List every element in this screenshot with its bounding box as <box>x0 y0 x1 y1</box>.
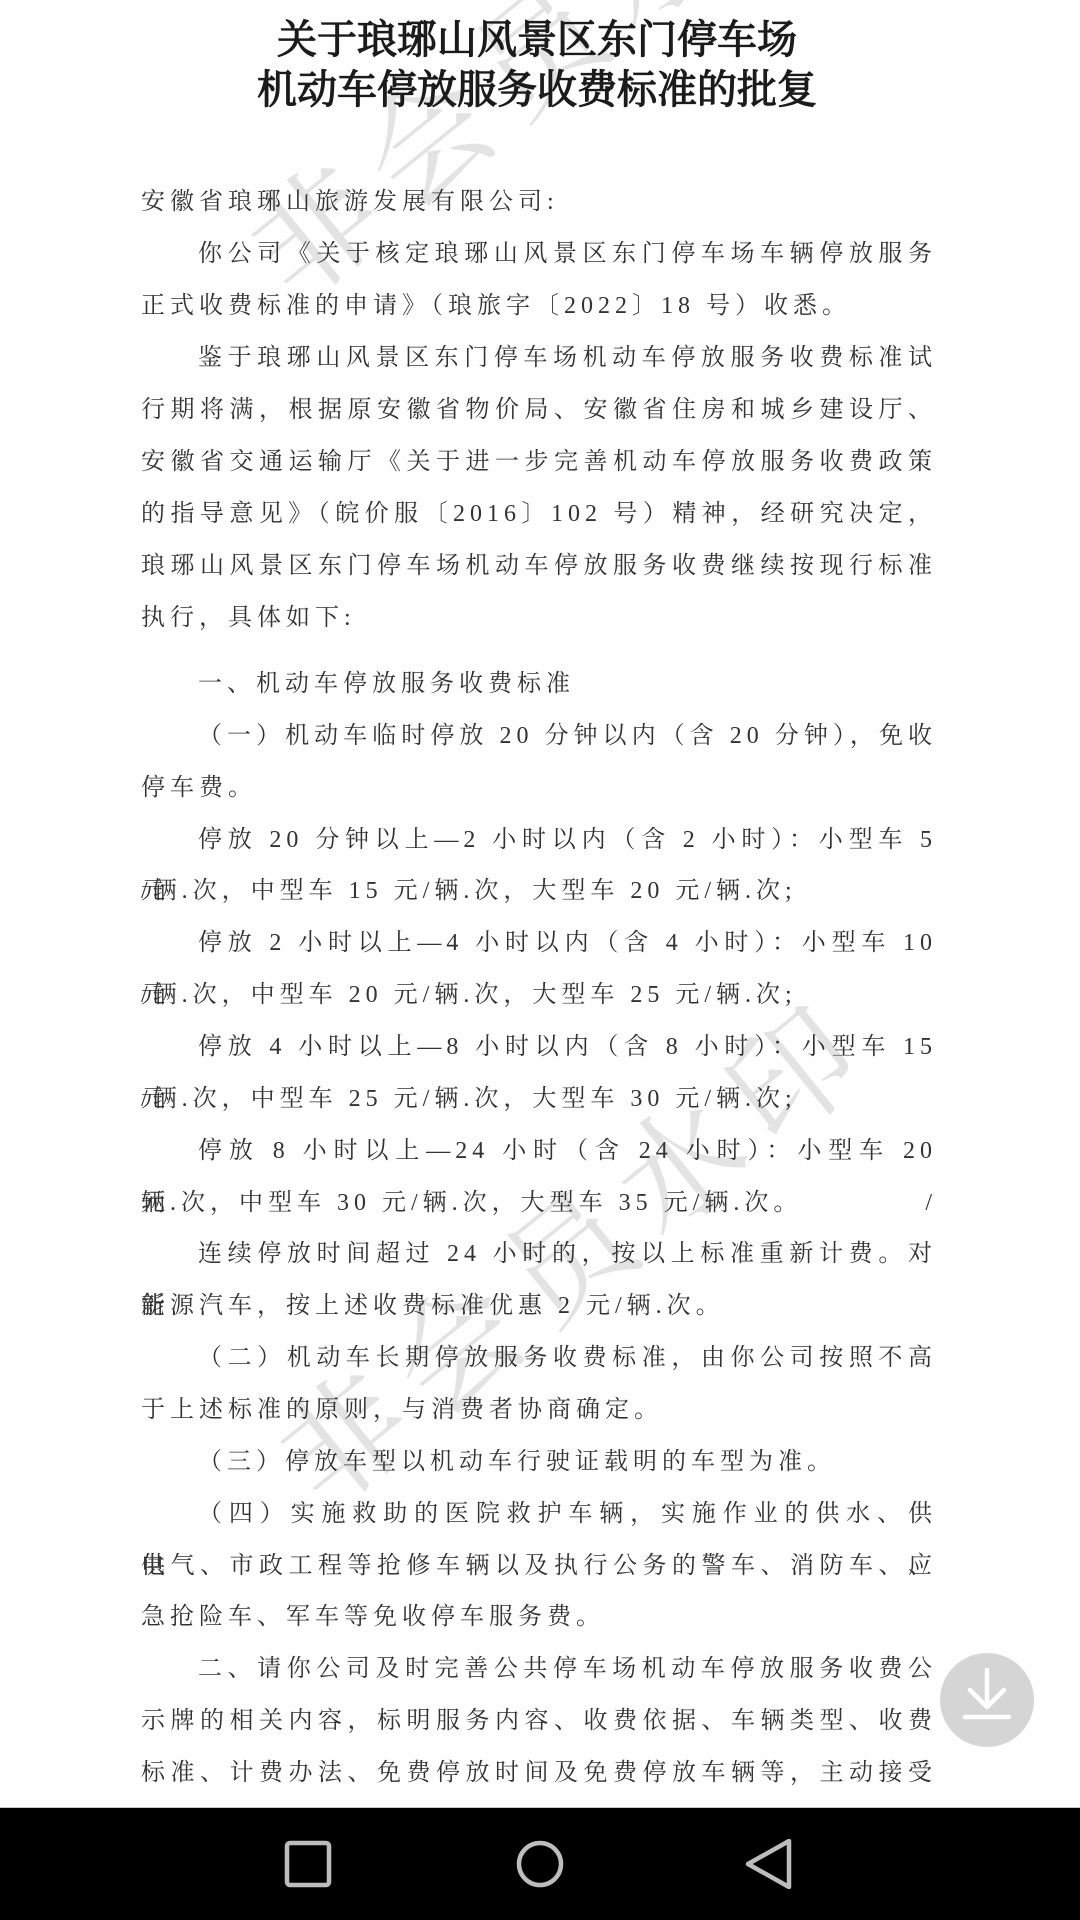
circle-icon <box>515 1839 565 1889</box>
body-line: 标准、计费办法、免费停放时间及免费停放车辆等，主动接受 <box>141 1748 937 1800</box>
body-line: 的指导意见》（皖价服〔2016〕102 号）精神，经研究决定， <box>141 488 937 540</box>
body-line: 执行，具体如下: <box>141 592 937 644</box>
body-line: 琅琊山风景区东门停车场机动车停放服务收费继续按现行标准 <box>141 540 937 592</box>
body-line: 能源汽车，按上述收费标准优惠 2 元/辆.次。 <box>141 1281 937 1333</box>
body-line: 供气、市政工程等抢修车辆以及执行公务的警车、消防车、应 <box>141 1541 937 1593</box>
document-title-line: 关于琅琊山风景区东门停车场 <box>0 15 1074 65</box>
document-body-intro: 安徽省琅琊山旅游发展有限公司: 你公司《关于核定琅琊山风景区东门停车场车辆停放服… <box>141 176 937 644</box>
body-line: 正式收费标准的申请》（琅旅字〔2022〕18 号）收悉。 <box>141 280 937 332</box>
square-icon <box>283 1839 333 1889</box>
body-line: /辆.次，中型车 25 元/辆.次，大型车 30 元/辆.次; <box>141 1074 937 1126</box>
body-line: （二）机动车长期停放服务收费标准，由你公司按照不高 <box>141 1333 937 1385</box>
system-nav-bar <box>0 1807 1080 1920</box>
section-heading: 二、请你公司及时完善公共停车场机动车停放服务收费公 <box>141 1644 937 1696</box>
body-line: 停放 2 小时以上—4 小时以内（含 4 小时）：小型车 10 元 <box>141 918 937 970</box>
download-button[interactable] <box>940 1653 1034 1747</box>
home-button[interactable] <box>515 1839 565 1889</box>
body-line: 停放 20 分钟以上—2 小时以内（含 2 小时）：小型车 5 元 <box>141 815 937 867</box>
body-line: （三）停放车型以机动车行驶证载明的车型为准。 <box>141 1437 937 1489</box>
recent-apps-button[interactable] <box>283 1839 333 1889</box>
document-body-standards: 一、机动车停放服务收费标准 （一）机动车临时停放 20 分钟以内（含 20 分钟… <box>141 659 937 1800</box>
body-line: 停放 8 小时以上—24 小时（含 24 小时）：小型车 20 元/ <box>141 1126 937 1178</box>
body-line: 鉴于琅琊山风景区东门停车场机动车停放服务收费标准试 <box>141 332 937 384</box>
document-viewer[interactable]: 非会员水印 非会员水印 关于琅琊山风景区东门停车场 机动车停放服务收费标准的批复… <box>0 0 1080 1807</box>
triangle-back-icon <box>743 1839 793 1889</box>
body-line: 停车费。 <box>141 763 937 815</box>
body-line: 安徽省交通运输厅《关于进一步完善机动车停放服务收费政策 <box>141 436 937 488</box>
body-line: 你公司《关于核定琅琊山风景区东门停车场车辆停放服务 <box>141 228 937 280</box>
body-line: /辆.次，中型车 15 元/辆.次，大型车 20 元/辆.次; <box>141 866 937 918</box>
body-line: 于上述标准的原则，与消费者协商确定。 <box>141 1385 937 1437</box>
body-line: 连续停放时间超过 24 小时的，按以上标准重新计费。对新 <box>141 1229 937 1281</box>
body-line: （一）机动车临时停放 20 分钟以内（含 20 分钟），免收 <box>141 711 937 763</box>
body-line: （四）实施救助的医院救护车辆，实施作业的供水、供电、 <box>141 1489 937 1541</box>
document-title-line: 机动车停放服务收费标准的批复 <box>0 65 1074 115</box>
body-line: 安徽省琅琊山旅游发展有限公司: <box>141 176 937 228</box>
section-heading: 一、机动车停放服务收费标准 <box>141 659 937 711</box>
back-button[interactable] <box>743 1839 793 1889</box>
body-line: 行期将满，根据原安徽省物价局、安徽省住房和城乡建设厅、 <box>141 384 937 436</box>
body-line: /辆.次，中型车 20 元/辆.次，大型车 25 元/辆.次; <box>141 970 937 1022</box>
download-icon <box>940 1653 1034 1747</box>
body-line: 示牌的相关内容，标明服务内容、收费依据、车辆类型、收费 <box>141 1696 937 1748</box>
body-line: 停放 4 小时以上—8 小时以内（含 8 小时）：小型车 15 元 <box>141 1022 937 1074</box>
body-line: 急抢险车、军车等免收停车服务费。 <box>141 1592 937 1644</box>
